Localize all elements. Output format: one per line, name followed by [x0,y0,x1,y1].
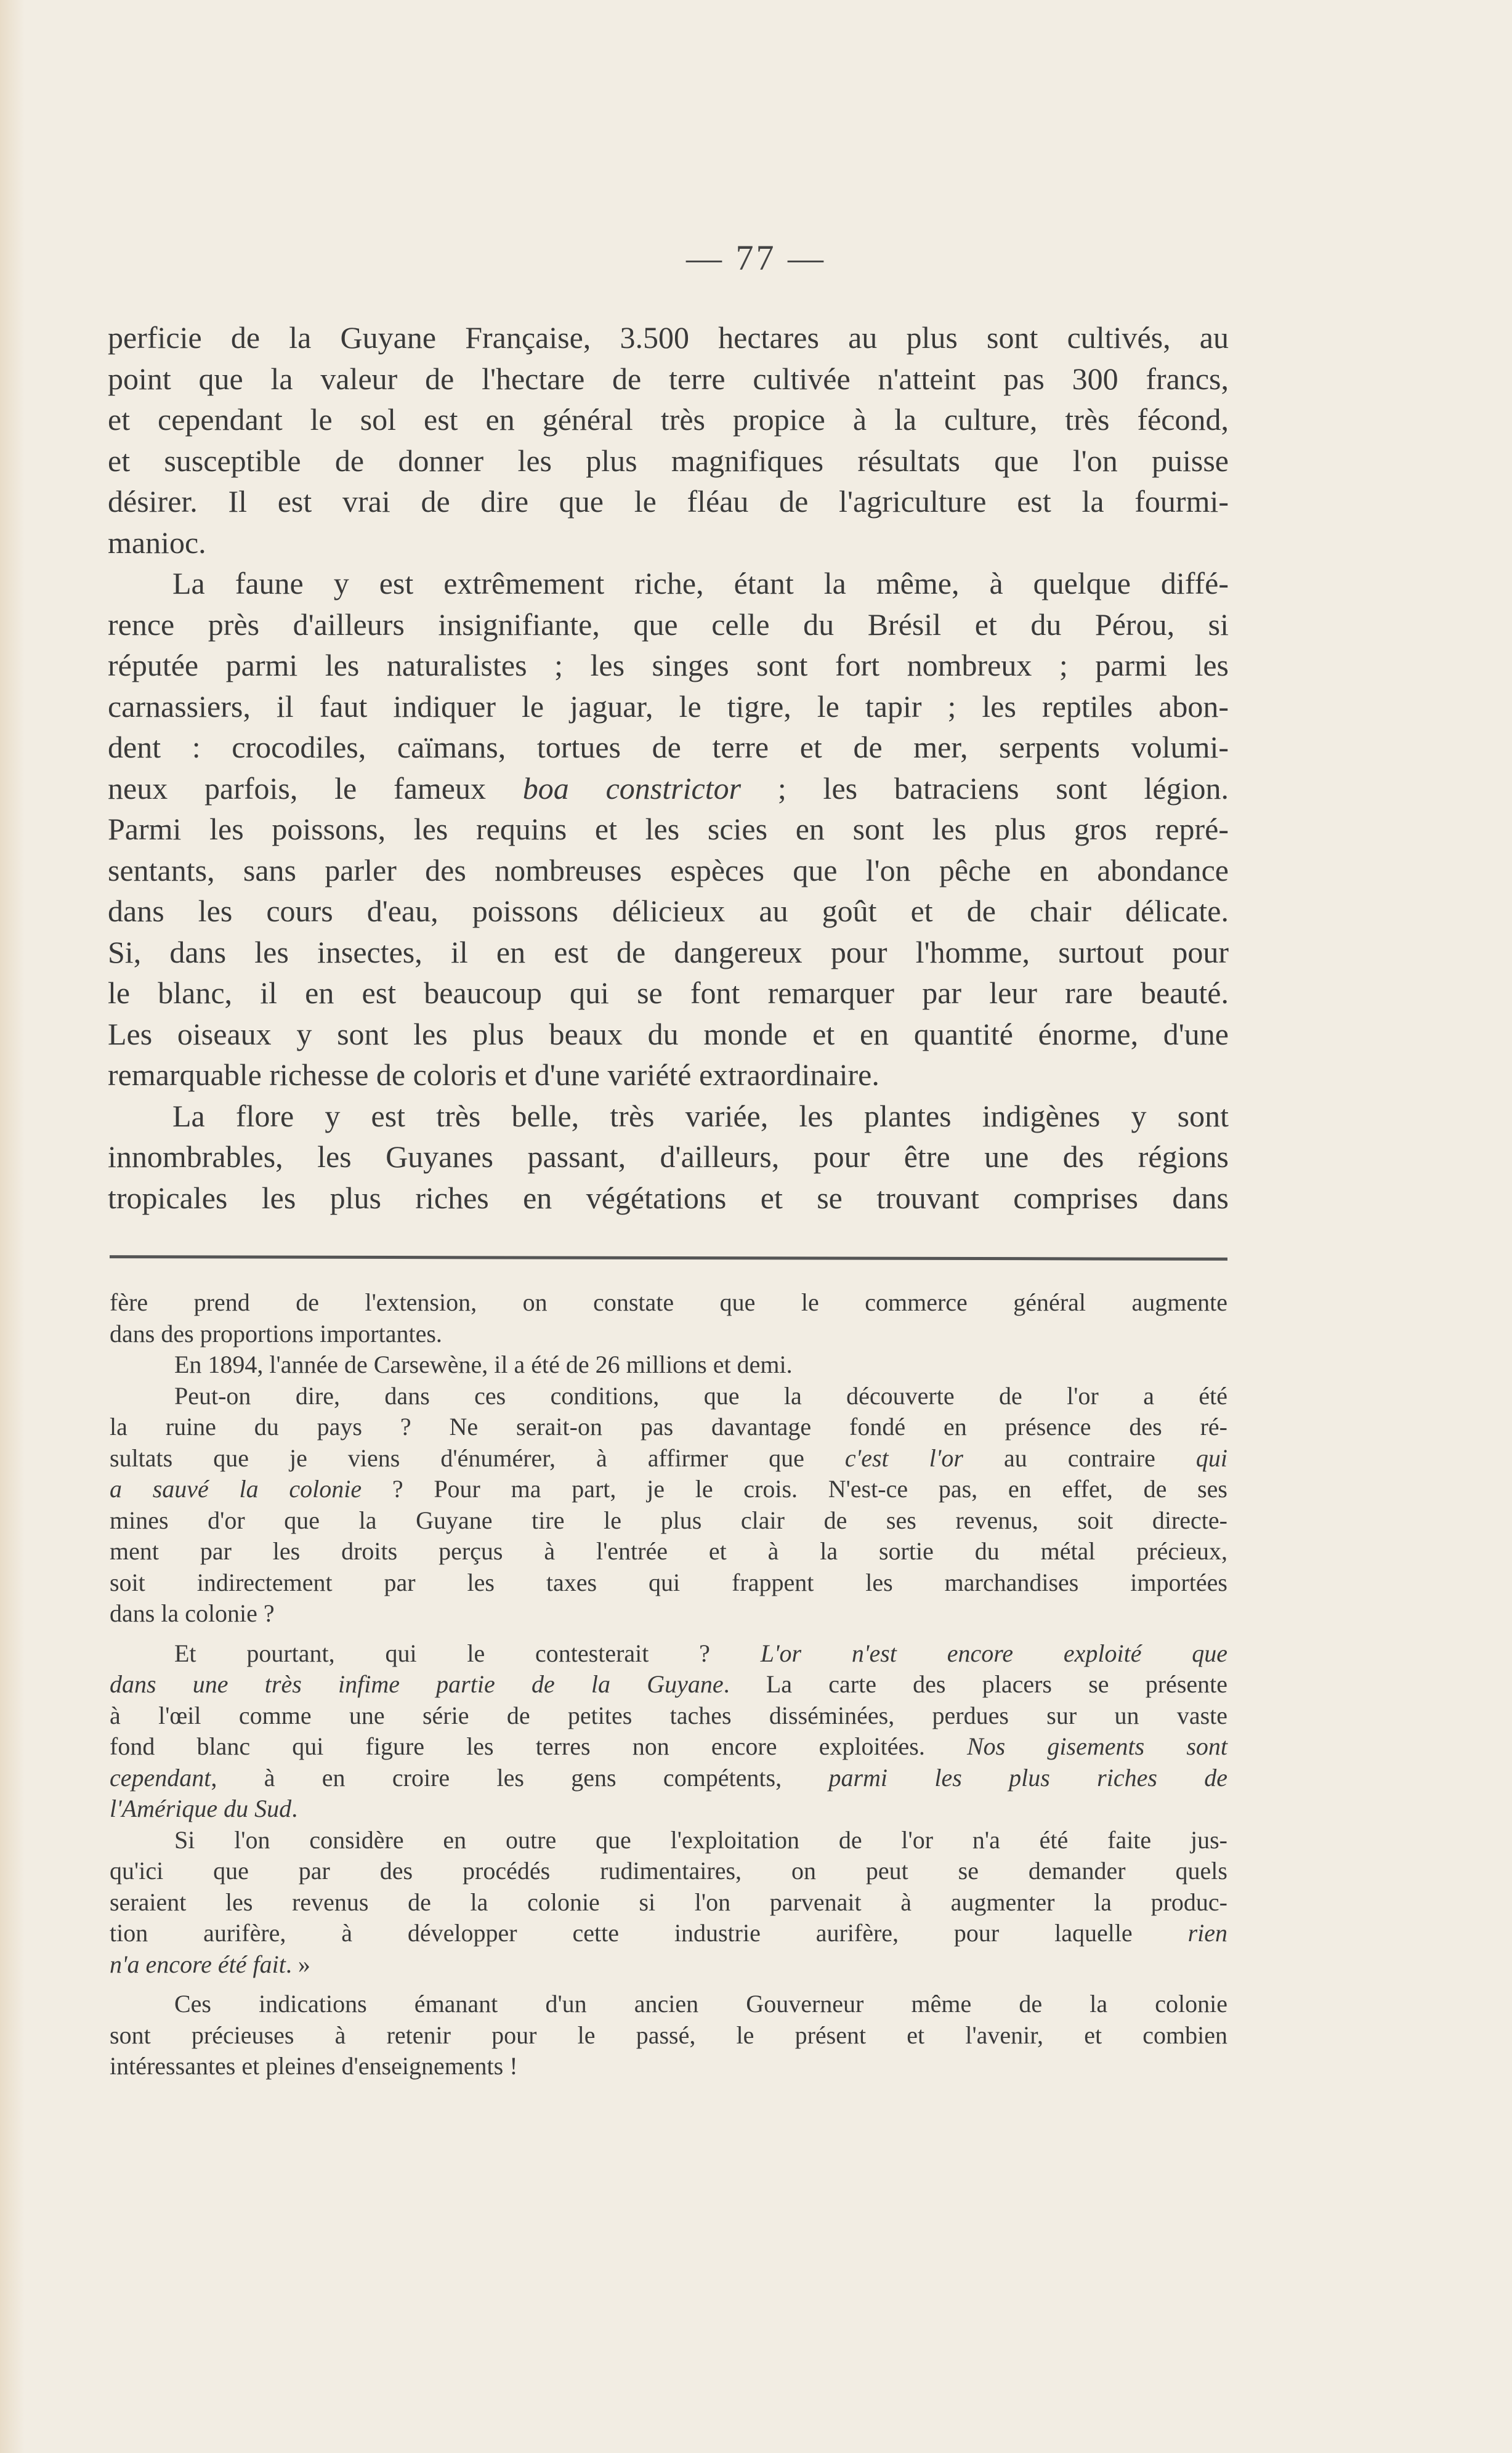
footnote_lines-line: à l'œil comme une série de petites tache… [110,1700,1227,1732]
italic-emphasis: n'a encore été fait [110,1950,286,1978]
italic-emphasis: cependant [110,1764,211,1792]
footnote_lines-line: n'a encore été fait. » [110,1949,1227,1981]
footnote_lines-line: Si l'on considère en outre que l'exploit… [110,1825,1227,1856]
footnote_lines-line: En 1894, l'année de Carsewène, il a été … [110,1349,1227,1381]
body_lines-line: manioc. [108,522,1229,564]
main-body-text: perficie de la Guyane Française, 3.500 h… [108,317,1229,1218]
footnote_lines-line: l'Amérique du Sud. [110,1793,1227,1825]
italic-emphasis: parmi les plus riches de [828,1764,1227,1792]
italic-emphasis: L'or n'est encore exploité que [761,1639,1227,1667]
body_lines-line: neux parfois, le fameux boa constrictor … [108,768,1229,809]
italic-emphasis: c'est l'or [845,1444,963,1472]
footnote_lines-line: dans une très infime partie de la Guyane… [110,1669,1227,1700]
body_lines-line: désirer. Il est vrai de dire que le fléa… [108,481,1229,522]
footnote_lines-line: sont précieuses à retenir pour le passé,… [110,2020,1227,2051]
footnote_lines-line: a sauvé la colonie ? Pour ma part, je le… [110,1474,1227,1505]
footnote_lines-line: Ces indications émanant d'un ancien Gouv… [110,1989,1227,2020]
page-gutter-shadow [0,0,25,2453]
footnote_lines-line: fère prend de l'extension, on constate q… [110,1287,1227,1319]
body_lines-line: perficie de la Guyane Française, 3.500 h… [108,317,1229,358]
body_lines-line: le blanc, il en est beaucoup qui se font… [108,972,1229,1014]
footnote_lines-line: cependant, à en croire les gens compéten… [110,1763,1227,1794]
body_lines-line: remarquable richesse de coloris et d'une… [108,1054,1229,1096]
italic-emphasis: boa constrictor [523,771,741,806]
italic-emphasis: a sauvé la colonie [110,1475,362,1503]
footnote_lines-line: fond blanc qui figure les terres non enc… [110,1731,1227,1763]
body_lines-line: rence près d'ailleurs insignifiante, que… [108,604,1229,645]
footnote-separator-rule [110,1255,1227,1261]
italic-emphasis: Nos gisements sont [967,1732,1227,1760]
body_lines-line: La faune y est extrêmement riche, étant … [108,563,1229,604]
body_lines-line: Si, dans les insectes, il en est de dang… [108,932,1229,973]
paragraph-gap [110,1980,1227,1989]
footnote_lines-line: intéressantes et pleines d'enseignements… [110,2051,1227,2082]
body_lines-line: point que la valeur de l'hectare de terr… [108,358,1229,400]
footnote_lines-line: mines d'or que la Guyane tire le plus cl… [110,1505,1227,1537]
footnote_lines-line: Et pourtant, qui le contesterait ? L'or … [110,1638,1227,1670]
italic-emphasis: dans une très infime partie de la Guyane [110,1670,724,1698]
footnote_lines-line: dans la colonie ? [110,1598,1227,1630]
paragraph-gap [110,1630,1227,1638]
body_lines-line: carnassiers, il faut indiquer le jaguar,… [108,686,1229,727]
body_lines-line: et susceptible de donner les plus magnif… [108,440,1229,482]
body_lines-line: sentants, sans parler des nombreuses esp… [108,850,1229,891]
body_lines-line: dent : crocodiles, caïmans, tortues de t… [108,727,1229,768]
body_lines-line: dans les cours d'eau, poissons délicieux… [108,891,1229,932]
page-number: — 77 — [0,237,1512,278]
body_lines-line: Les oiseaux y sont les plus beaux du mon… [108,1014,1229,1055]
body_lines-line: tropicales les plus riches en végétation… [108,1178,1229,1219]
italic-emphasis: qui [1196,1444,1227,1472]
body_lines-line: réputée parmi les naturalistes ; les sin… [108,645,1229,686]
body_lines-line: innombrables, les Guyanes passant, d'ail… [108,1136,1229,1178]
body_lines-line: La flore y est très belle, très variée, … [108,1096,1229,1137]
footnote_lines-line: Peut-on dire, dans ces conditions, que l… [110,1381,1227,1412]
footnote_lines-line: soit indirectement par les taxes qui fra… [110,1567,1227,1599]
body_lines-line: Parmi les poissons, les requins et les s… [108,809,1229,850]
footnote_lines-line: qu'ici que par des procédés rudimentaire… [110,1856,1227,1887]
footnote_lines-line: dans des proportions importantes. [110,1319,1227,1350]
italic-emphasis: l'Amérique du Sud [110,1795,291,1822]
footnote_lines-line: seraient les revenus de la colonie si l'… [110,1887,1227,1918]
italic-emphasis: rien [1188,1919,1227,1947]
footnote_lines-line: ment par les droits perçus à l'entrée et… [110,1536,1227,1567]
footnote_lines-line: la ruine du pays ? Ne serait-on pas dava… [110,1412,1227,1443]
body_lines-line: et cependant le sol est en général très … [108,399,1229,440]
footnote_lines-line: tion aurifère, à développer cette indust… [110,1918,1227,1949]
footnote-text: fère prend de l'extension, on constate q… [110,1287,1227,2082]
footnote_lines-line: sultats que je viens d'énumérer, à affir… [110,1443,1227,1474]
